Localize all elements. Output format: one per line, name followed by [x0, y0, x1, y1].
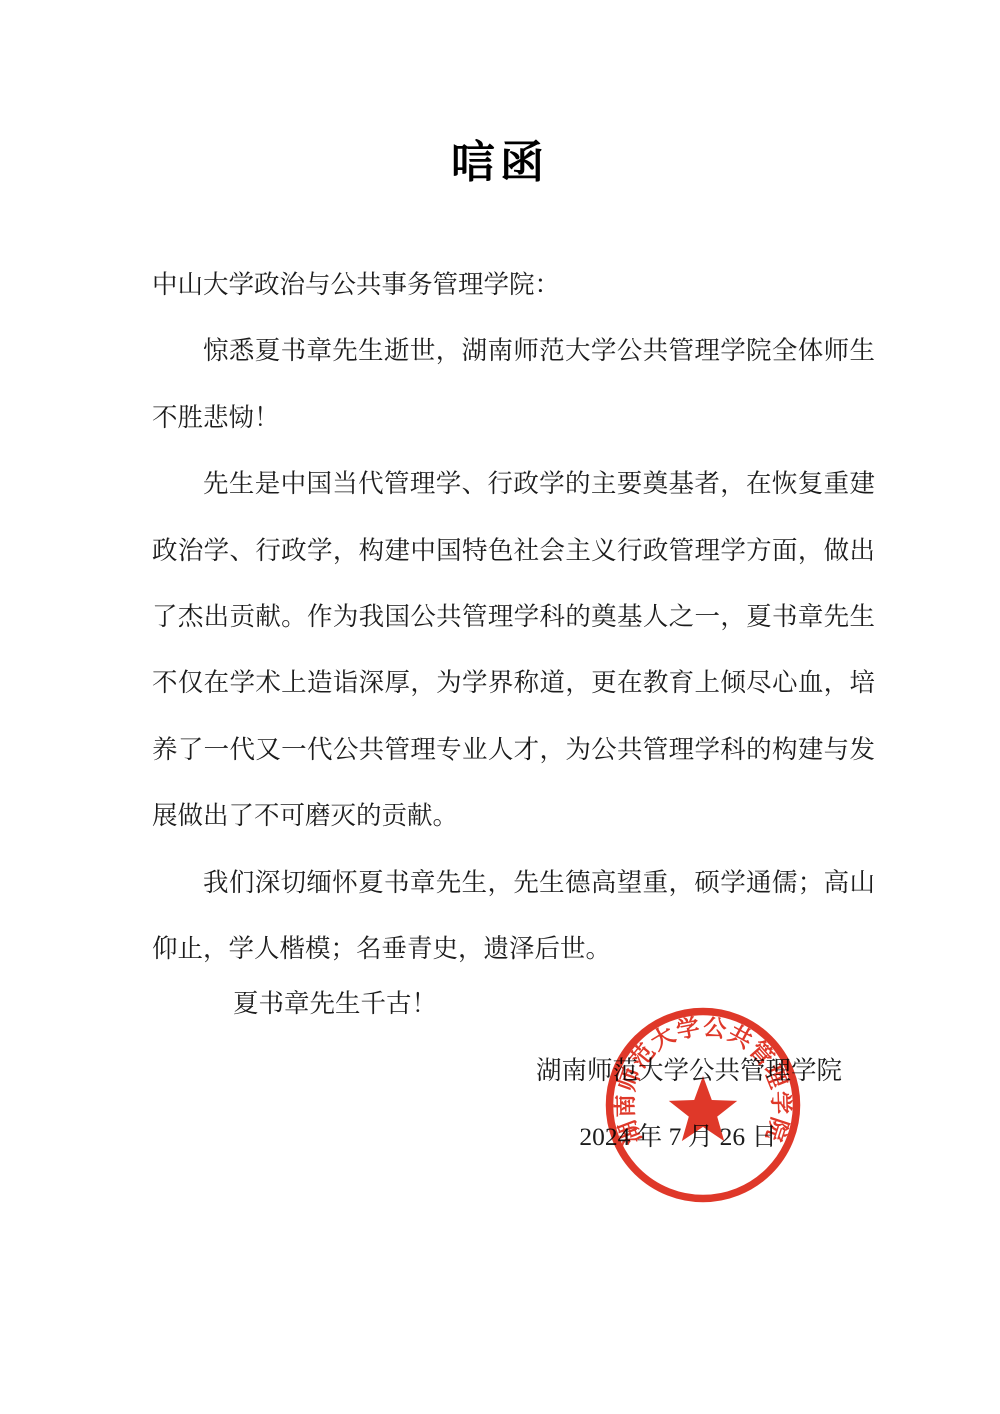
letter-line: 展做出了不可磨灭的贡献。: [152, 783, 875, 849]
page-title: 唁函: [0, 126, 1000, 190]
letter-line: 先生是中国当代管理学、行政学的主要奠基者，在恢复重建: [152, 451, 875, 517]
letter-line: 政治学、行政学，构建中国特色社会主义行政管理学方面，做出: [152, 518, 875, 584]
letter-line: 不胜悲恸！: [152, 385, 875, 451]
salutation-line: 中山大学政治与公共事务管理学院：: [152, 252, 875, 318]
letter-line: 了杰出贡献。作为我国公共管理学科的奠基人之一，夏书章先生: [152, 584, 875, 650]
letter-line: 惊悉夏书章先生逝世，湖南师范大学公共管理学院全体师生: [152, 318, 875, 384]
letter-line: 养了一代又一代公共管理专业人才，为公共管理学科的构建与发: [152, 717, 875, 783]
star-icon: [669, 1076, 737, 1141]
official-seal: 湖南师范大学公共管理学院: [603, 1002, 803, 1208]
letter-line: 我们深切缅怀夏书章先生，先生德高望重，硕学通儒；高山: [152, 850, 875, 916]
letter-page: 唁函 中山大学政治与公共事务管理学院： 惊悉夏书章先生逝世，湖南师范大学公共管理…: [0, 0, 1000, 1414]
letter-line: 不仅在学术上造诣深厚，为学界称道，更在教育上倾尽心血，培: [152, 650, 875, 716]
